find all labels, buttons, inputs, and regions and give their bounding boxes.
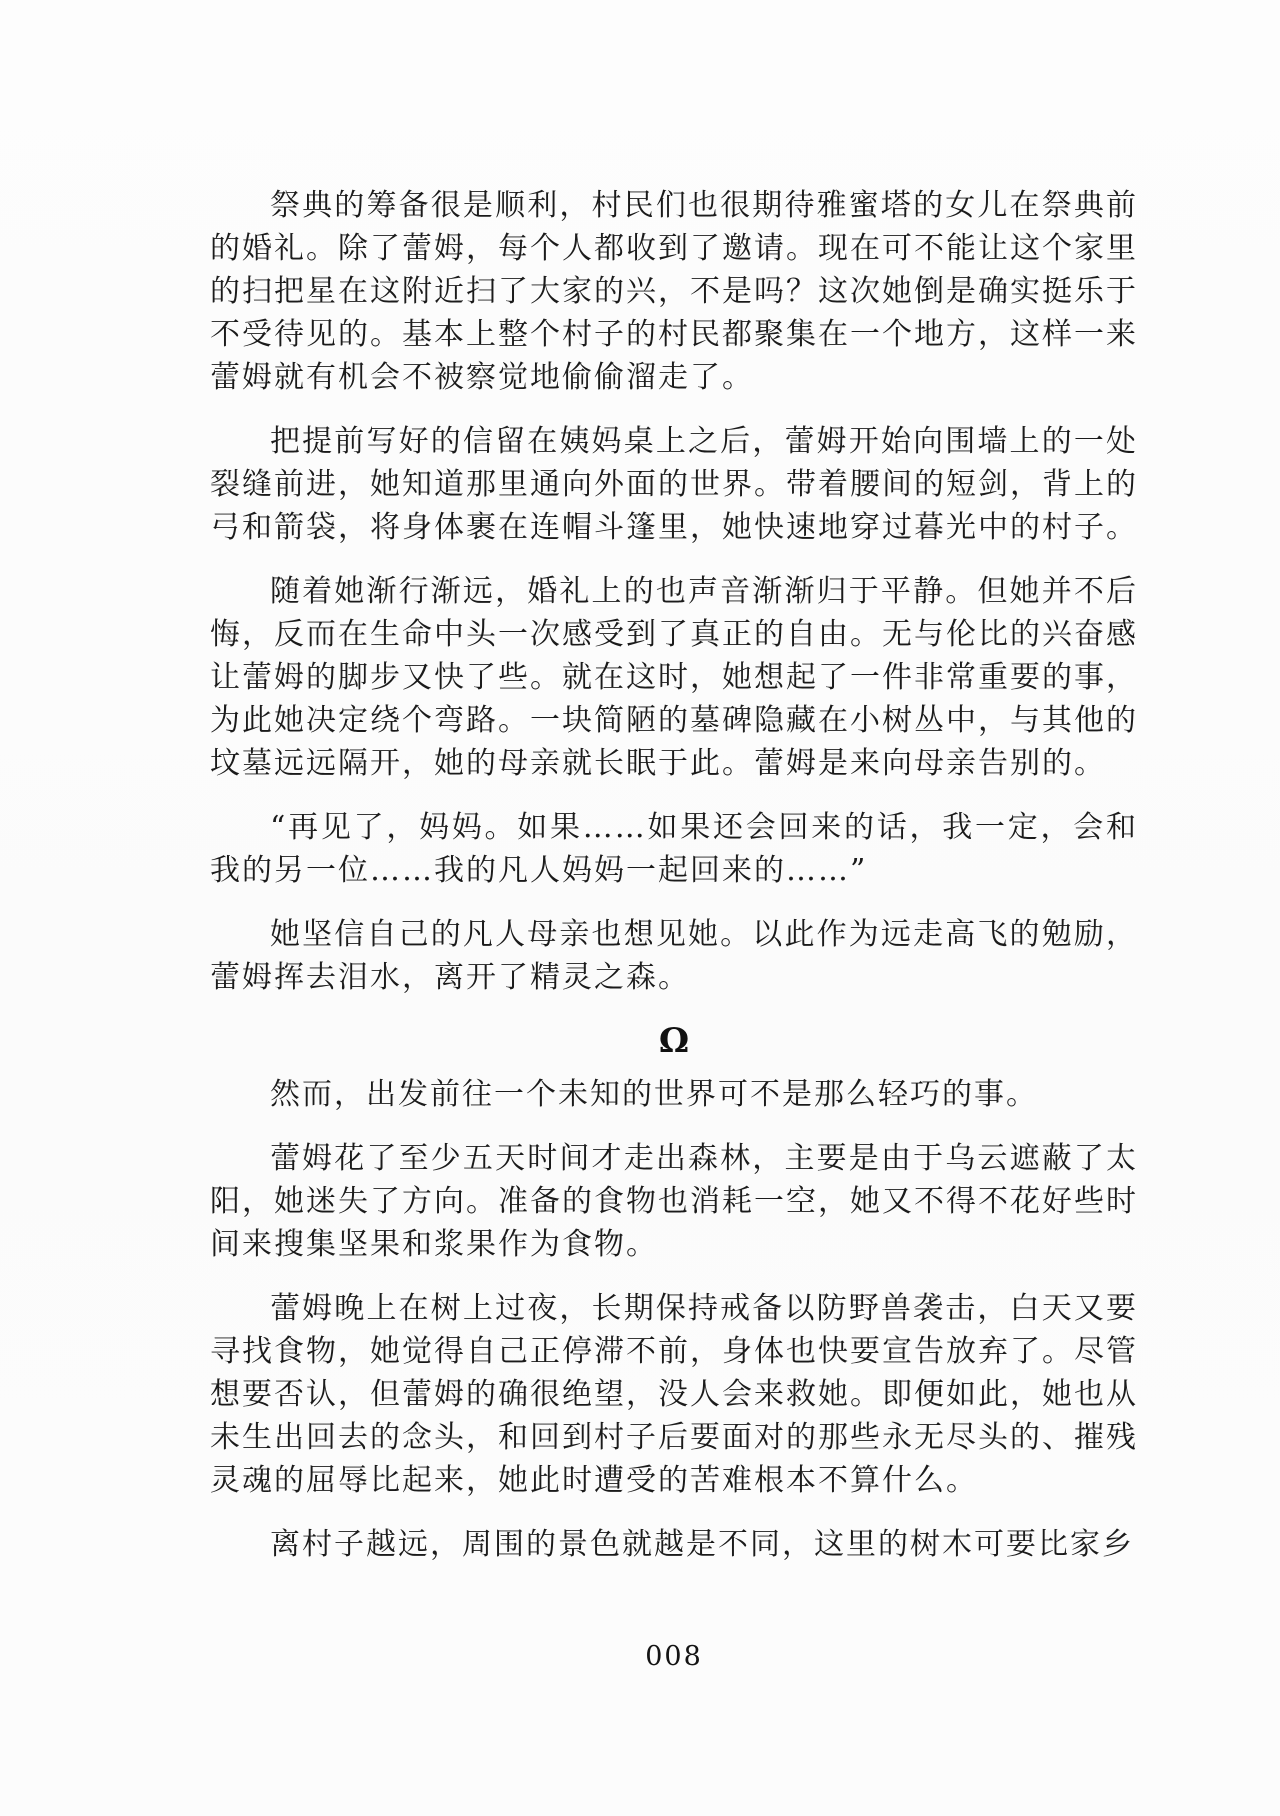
page-number: 008 <box>210 1641 1138 1673</box>
body-paragraph-2: 把提前写好的信留在姨妈桌上之后，蕾姆开始向围墙上的一处裂缝前进，她知道那里通向外… <box>210 420 1138 549</box>
body-paragraph-8: 蕾姆晚上在树上过夜，长期保持戒备以防野兽袭击，白天又要寻找食物，她觉得自己正停滞… <box>210 1287 1138 1502</box>
body-paragraph-3: 随着她渐行渐远，婚礼上的也声音渐渐归于平静。但她并不后悔，反而在生命中头一次感受… <box>210 570 1138 785</box>
body-paragraph-1: 祭典的筹备很是顺利，村民们也很期待雅蜜塔的女儿在祭典前的婚礼。除了蕾姆，每个人都… <box>210 184 1138 399</box>
book-page: 祭典的筹备很是顺利，村民们也很期待雅蜜塔的女儿在祭典前的婚礼。除了蕾姆，每个人都… <box>0 0 1280 1816</box>
section-divider-omega: Ω <box>210 1020 1138 1063</box>
quote-paragraph: “再见了，妈妈。如果……如果还会回来的话，我一定，会和我的另一位……我的凡人妈妈… <box>210 806 1138 892</box>
page-text-block: 祭典的筹备很是顺利，村民们也很期待雅蜜塔的女儿在祭典前的婚礼。除了蕾姆，每个人都… <box>210 184 1138 1587</box>
body-paragraph-5: 她坚信自己的凡人母亲也想见她。以此作为远走高飞的勉励，蕾姆挥去泪水，离开了精灵之… <box>210 913 1138 999</box>
body-paragraph-9: 离村子越远，周围的景色就越是不同，这里的树木可要比家乡 <box>210 1523 1138 1566</box>
body-paragraph-7: 蕾姆花了至少五天时间才走出森林，主要是由于乌云遮蔽了太阳，她迷失了方向。准备的食… <box>210 1137 1138 1266</box>
body-paragraph-6: 然而，出发前往一个未知的世界可不是那么轻巧的事。 <box>210 1073 1138 1116</box>
